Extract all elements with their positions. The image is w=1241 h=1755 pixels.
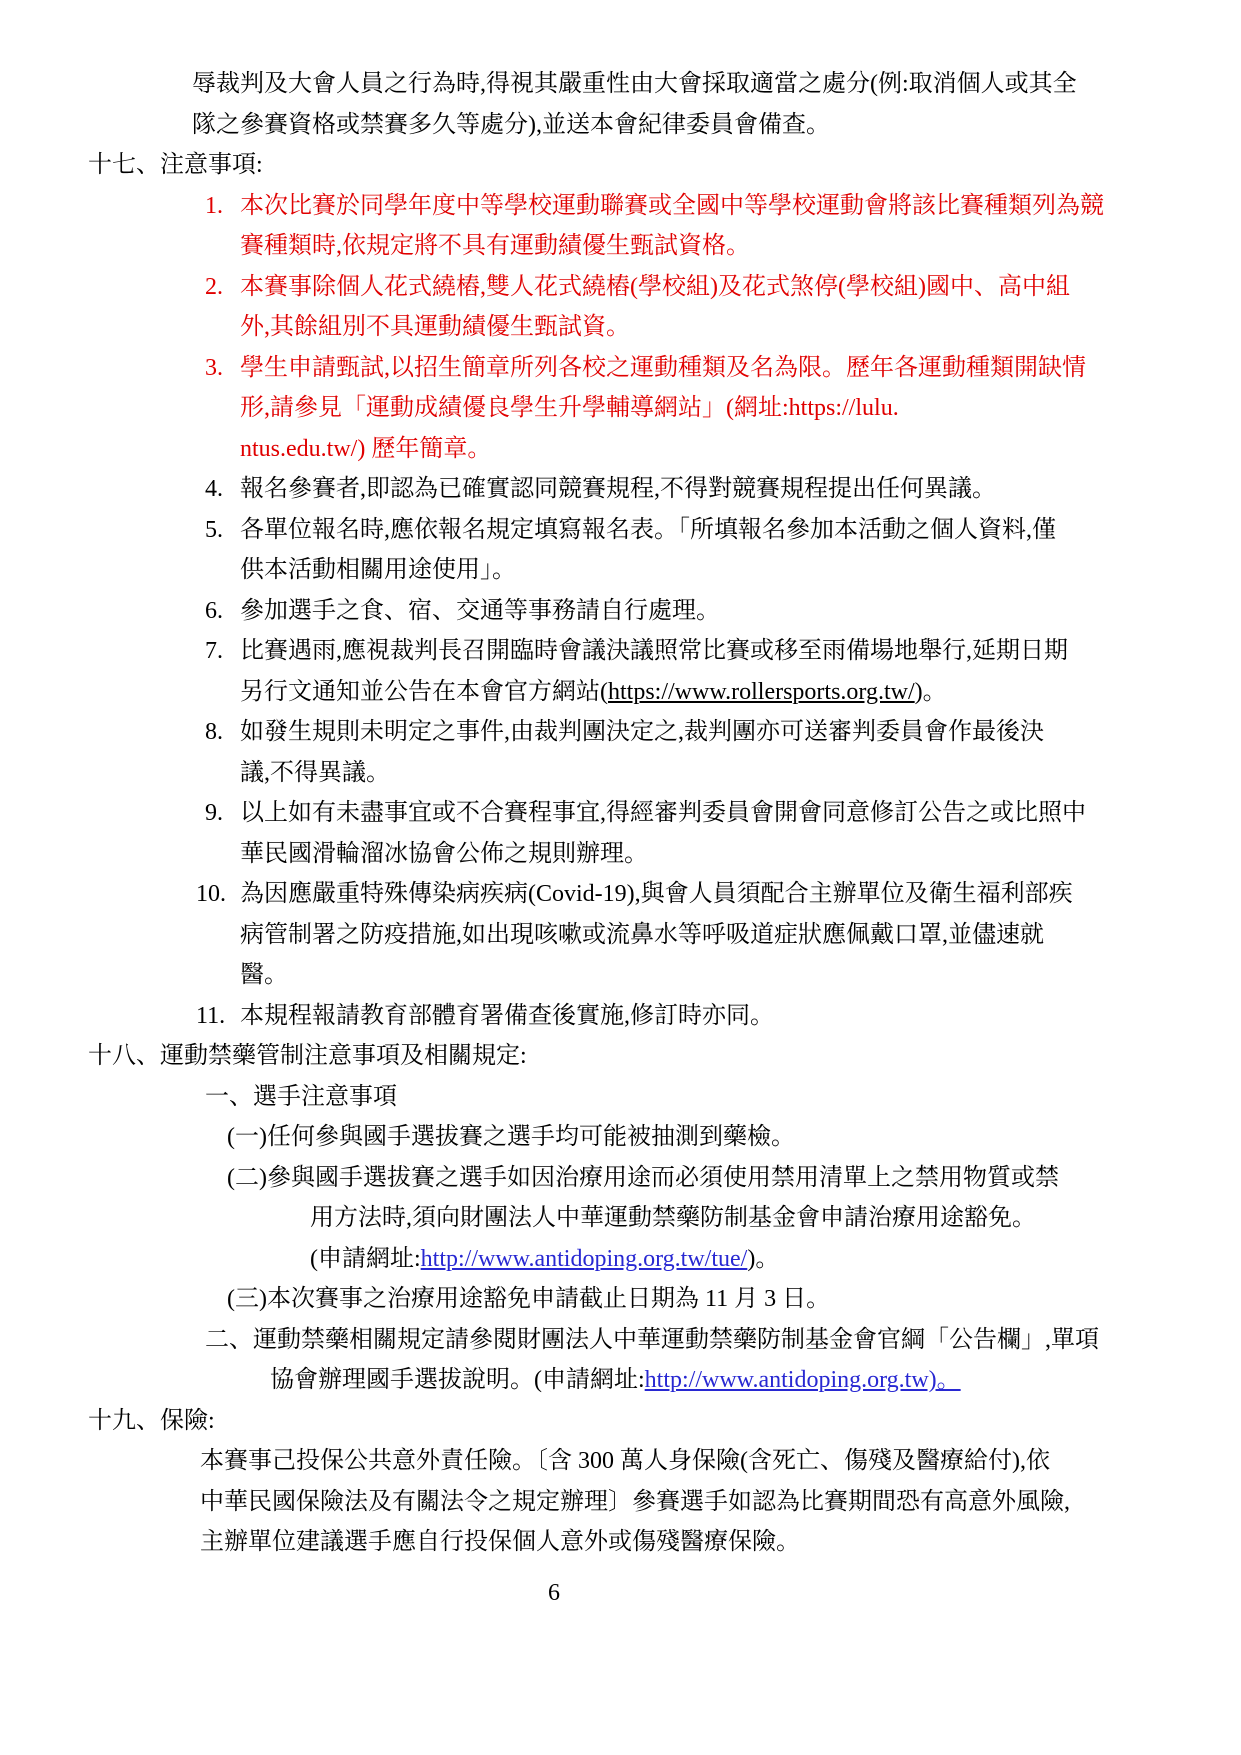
note-item-2: 2.本賽事除個人花式繞樁,雙人花式繞樁(學校組)及花式煞停(學校組)國中、高中組 xyxy=(0,267,1241,308)
note-item-9-cont: 華民國滑輪溜冰協會公佈之規則辦理。 xyxy=(0,834,1241,875)
list-marker: 7. xyxy=(205,631,240,672)
section-17-heading: 十七、注意事項: xyxy=(0,145,1241,186)
text-segment: 比賽遇雨,應視裁判長召開臨時會議決議照常比賽或移至雨備場地舉行,延期日期 xyxy=(240,638,1068,664)
note-item-3: 3.學生申請甄試,以招生簡章所列各校之運動種類及名為限。歷年各運動種類開缺情 xyxy=(0,348,1241,389)
insurance-line1: 本賽事己投保公共意外責任險。〔含 300 萬人身保險(含死亡、傷殘及醫療給付),… xyxy=(0,1441,1241,1482)
text-segment: 以上如有未盡事宜或不合賽程事宜,得經審判委員會開會同意修訂公告之或比照中 xyxy=(240,800,1086,826)
note-item-10: 10.為因應嚴重特殊傳染病疾病(Covid-19),與會人員須配合主辦單位及衛生… xyxy=(0,874,1241,915)
text-segment: )。 xyxy=(915,679,947,705)
text-segment: 二、運動禁藥相關規定請參閱財團法人中華運動禁藥防制基金會官綱「公告欄」,單項 xyxy=(205,1327,1099,1353)
text-segment: 本賽事除個人花式繞樁,雙人花式繞樁(學校組)及花式煞停(學校組)國中、高中組 xyxy=(240,274,1070,300)
note-item-7-cont: 另行文通知並公告在本會官方網站(https://www.rollersports… xyxy=(0,672,1241,713)
text-segment: 隊之參賽資格或禁賽多久等處分),並送本會紀律委員會備查。 xyxy=(192,112,830,138)
text-segment: 辱裁判及大會人員之行為時,得視其嚴重性由大會採取適當之處分(例:取消個人或其全 xyxy=(192,71,1077,97)
list-marker: 5. xyxy=(205,510,240,551)
insurance-line2: 中華民國保險法及有關法令之規定辦理〕參賽選手如認為比賽期間恐有高意外風險, xyxy=(0,1482,1241,1523)
list-marker: 9. xyxy=(205,793,240,834)
note-item-10-cont2: 醫。 xyxy=(0,955,1241,996)
note-item-2-cont: 外,其餘組別不具運動績優生甄試資。 xyxy=(0,307,1241,348)
hyperlink[interactable]: http://www.antidoping.org.tw/tue/ xyxy=(421,1246,748,1272)
text-segment: 參加選手之食、宿、交通等事務請自行處理。 xyxy=(240,598,720,624)
doping-item-3: (三)本次賽事之治療用途豁免申請截止日期為 11 月 3 日。 xyxy=(0,1279,1241,1320)
text-segment: 十九、保險: xyxy=(88,1408,215,1434)
note-item-6: 6.參加選手之食、宿、交通等事務請自行處理。 xyxy=(0,591,1241,632)
note-item-4: 4.報名參賽者,即認為已確實認同競賽規程,不得對競賽規程提出任何異議。 xyxy=(0,469,1241,510)
document-body: 辱裁判及大會人員之行為時,得視其嚴重性由大會採取適當之處分(例:取消個人或其全隊… xyxy=(0,0,1241,1563)
text-segment: )。 xyxy=(747,1246,779,1272)
note-item-8-cont: 議,不得異議。 xyxy=(0,753,1241,794)
text-segment: 用方法時,須向財團法人中華運動禁藥防制基金會申請治療用途豁免。 xyxy=(310,1205,1036,1231)
text-segment: 本賽事己投保公共意外責任險。〔含 300 萬人身保險(含死亡、傷殘及醫療給付),… xyxy=(200,1448,1050,1474)
page-number: 6 xyxy=(548,1580,560,1607)
doping-item-2-cont: 用方法時,須向財團法人中華運動禁藥防制基金會申請治療用途豁免。 xyxy=(0,1198,1241,1239)
text-segment: 各單位報名時,應依報名規定填寫報名表。「所填報名參加本活動之個人資料,僅 xyxy=(240,517,1056,543)
text-segment: 議,不得異議。 xyxy=(240,760,390,786)
note-item-10-cont: 病管制署之防疫措施,如出現咳嗽或流鼻水等呼吸道症狀應佩戴口罩,並儘速就 xyxy=(0,915,1241,956)
text-segment: (二)參與國手選拔賽之選手如因治療用途而必須使用禁用清單上之禁用物質或禁 xyxy=(227,1165,1059,1191)
note-item-1-cont: 賽種類時,依規定將不具有運動績優生甄試資格。 xyxy=(0,226,1241,267)
text-segment: 學生申請甄試,以招生簡章所列各校之運動種類及名為限。歷年各運動種類開缺情 xyxy=(240,355,1086,381)
text-segment: 病管制署之防疫措施,如出現咳嗽或流鼻水等呼吸道症狀應佩戴口罩,並儘速就 xyxy=(240,922,1044,948)
note-item-3-cont2: ntus.edu.tw/) 歷年簡章。 xyxy=(0,429,1241,470)
text-segment: 供本活動相關用途使用」。 xyxy=(240,557,516,583)
text-segment: 如發生規則未明定之事件,由裁判團決定之,裁判團亦可送審判委員會作最後決 xyxy=(240,719,1044,745)
section-18-heading: 十八、運動禁藥管制注意事項及相關規定: xyxy=(0,1036,1241,1077)
note-item-5: 5.各單位報名時,應依報名規定填寫報名表。「所填報名參加本活動之個人資料,僅 xyxy=(0,510,1241,551)
para-penalty-line2: 隊之參賽資格或禁賽多久等處分),並送本會紀律委員會備查。 xyxy=(0,105,1241,146)
insurance-line3: 主辦單位建議選手應自行投保個人意外或傷殘醫療保險。 xyxy=(0,1522,1241,1563)
hyperlink[interactable]: https://www.rollersports.org.tw/ xyxy=(608,679,915,705)
note-item-3-cont: 形,請參見「運動成績優良學生升學輔導網站」(網址:https://lulu. xyxy=(0,388,1241,429)
note-item-9: 9.以上如有未盡事宜或不合賽程事宜,得經審判委員會開會同意修訂公告之或比照中 xyxy=(0,793,1241,834)
text-segment: (三)本次賽事之治療用途豁免申請截止日期為 11 月 3 日。 xyxy=(227,1286,830,1312)
text-segment: https://lulu. xyxy=(789,395,899,421)
doping-item-1: (一)任何參與國手選拔賽之選手均可能被抽測到藥檢。 xyxy=(0,1117,1241,1158)
list-marker: 3. xyxy=(205,348,240,389)
text-segment: 形,請參見「運動成績優良學生升學輔導網站」(網址: xyxy=(240,395,789,421)
text-segment: 主辦單位建議選手應自行投保個人意外或傷殘醫療保險。 xyxy=(200,1529,800,1555)
doping-sub-2-cont: 協會辦理國手選拔說明。(申請網址:http://www.antidoping.o… xyxy=(0,1360,1241,1401)
text-segment: 十七、注意事項: xyxy=(88,152,263,178)
text-segment: 十八、運動禁藥管制注意事項及相關規定: xyxy=(88,1043,527,1069)
note-item-8: 8.如發生規則未明定之事件,由裁判團決定之,裁判團亦可送審判委員會作最後決 xyxy=(0,712,1241,753)
text-segment: (申請網址: xyxy=(310,1246,421,1272)
text-segment: 另行文通知並公告在本會官方網站( xyxy=(240,679,608,705)
text-segment: 報名參賽者,即認為已確實認同競賽規程,不得對競賽規程提出任何異議。 xyxy=(240,476,996,502)
text-segment: 華民國滑輪溜冰協會公佈之規則辦理。 xyxy=(240,841,648,867)
list-marker: 1. xyxy=(205,186,240,227)
section-19-heading: 十九、保險: xyxy=(0,1401,1241,1442)
text-segment: 醫。 xyxy=(240,962,288,988)
note-item-5-cont: 供本活動相關用途使用」。 xyxy=(0,550,1241,591)
text-segment: 外,其餘組別不具運動績優生甄試資。 xyxy=(240,314,630,340)
text-segment: 一、選手注意事項 xyxy=(205,1084,397,1110)
doping-sub-1: 一、選手注意事項 xyxy=(0,1077,1241,1118)
text-segment: (一)任何參與國手選拔賽之選手均可能被抽測到藥檢。 xyxy=(227,1124,795,1150)
list-marker: 6. xyxy=(205,591,240,632)
list-marker: 2. xyxy=(205,267,240,308)
doping-item-2: (二)參與國手選拔賽之選手如因治療用途而必須使用禁用清單上之禁用物質或禁 xyxy=(0,1158,1241,1199)
text-segment: 歷年簡章。 xyxy=(365,436,491,462)
text-segment: 本次比賽於同學年度中等學校運動聯賽或全國中等學校運動會將該比賽種類列為競 xyxy=(240,193,1104,219)
document-page: 辱裁判及大會人員之行為時,得視其嚴重性由大會採取適當之處分(例:取消個人或其全隊… xyxy=(0,0,1241,1755)
text-segment: 本規程報請教育部體育署備查後實施,修訂時亦同。 xyxy=(240,1003,774,1029)
doping-sub-2: 二、運動禁藥相關規定請參閱財團法人中華運動禁藥防制基金會官綱「公告欄」,單項 xyxy=(0,1320,1241,1361)
text-segment: 為因應嚴重特殊傳染病疾病(Covid-19),與會人員須配合主辦單位及衛生福利部… xyxy=(240,881,1073,907)
text-segment: ntus.edu.tw/) xyxy=(240,436,365,462)
para-penalty-line1: 辱裁判及大會人員之行為時,得視其嚴重性由大會採取適當之處分(例:取消個人或其全 xyxy=(0,64,1241,105)
text-segment: 協會辦理國手選拔說明。(申請網址: xyxy=(270,1367,645,1393)
list-marker: 4. xyxy=(205,469,240,510)
list-marker: 11. xyxy=(196,996,240,1037)
hyperlink[interactable]: http://www.antidoping.org.tw)。 xyxy=(645,1367,961,1393)
note-item-1: 1.本次比賽於同學年度中等學校運動聯賽或全國中等學校運動會將該比賽種類列為競 xyxy=(0,186,1241,227)
doping-item-2-url: (申請網址:http://www.antidoping.org.tw/tue/)… xyxy=(0,1239,1241,1280)
list-marker: 8. xyxy=(205,712,240,753)
text-segment: 中華民國保險法及有關法令之規定辦理〕參賽選手如認為比賽期間恐有高意外風險, xyxy=(200,1489,1070,1515)
note-item-7: 7.比賽遇雨,應視裁判長召開臨時會議決議照常比賽或移至雨備場地舉行,延期日期 xyxy=(0,631,1241,672)
note-item-11: 11.本規程報請教育部體育署備查後實施,修訂時亦同。 xyxy=(0,996,1241,1037)
text-segment: 賽種類時,依規定將不具有運動績優生甄試資格。 xyxy=(240,233,750,259)
list-marker: 10. xyxy=(196,874,240,915)
